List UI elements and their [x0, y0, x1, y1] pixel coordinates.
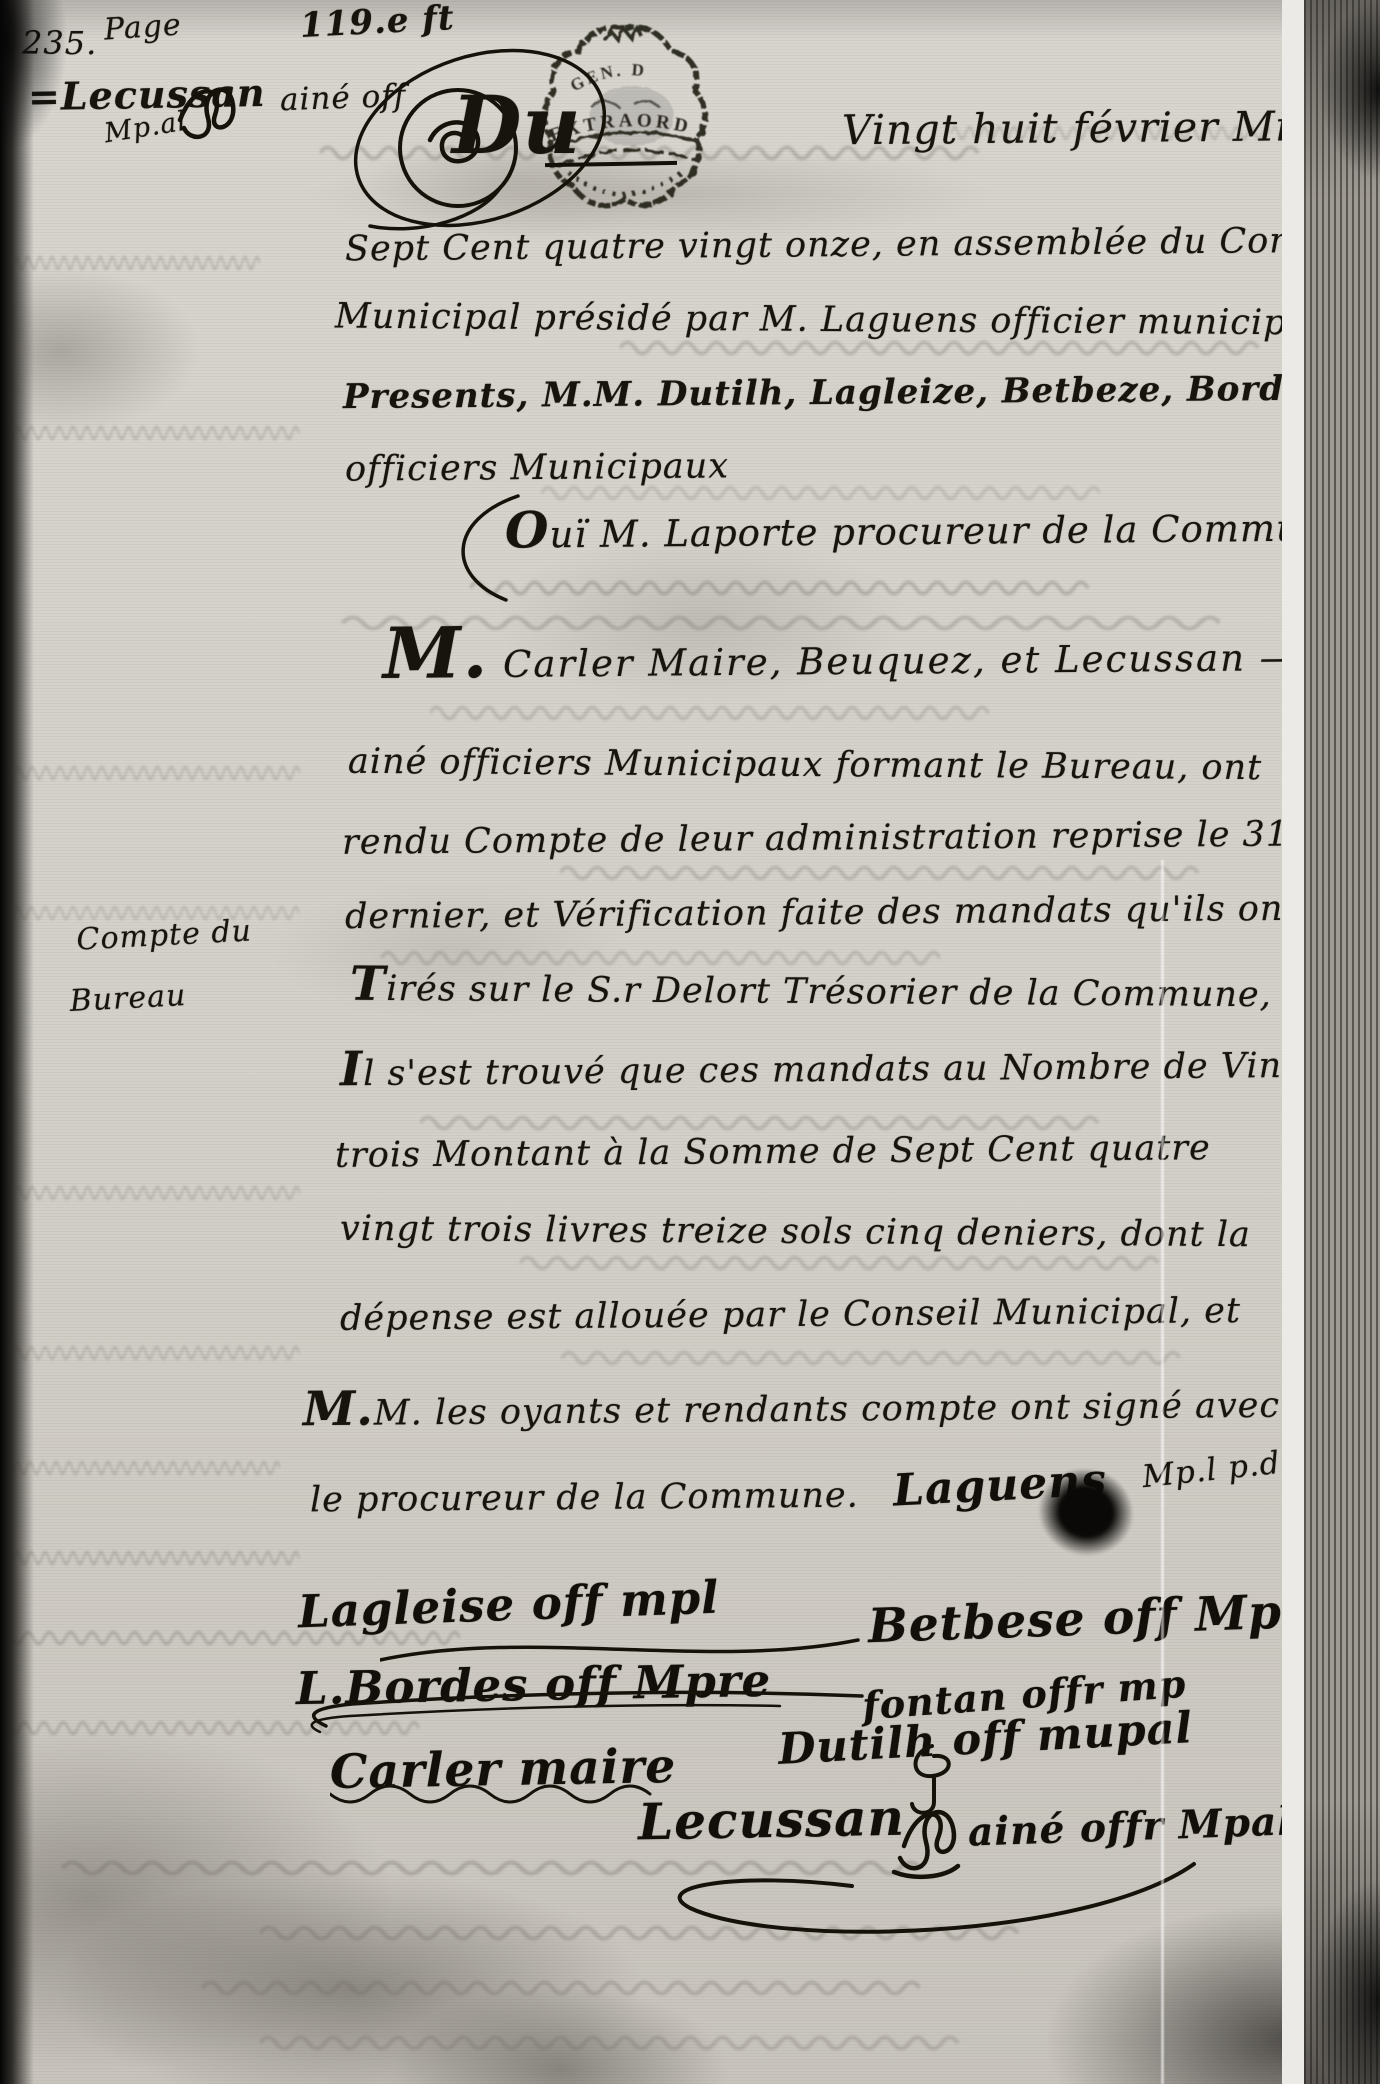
body-line: vingt trois livres treize sols cinq deni… — [340, 1209, 1251, 1255]
ghost-writing — [260, 2030, 960, 2056]
ghost-writing — [430, 700, 990, 726]
body-line: le procureur de la Commune. — [310, 1476, 859, 1521]
opening-word: Du — [452, 78, 582, 172]
scan-dark-corner — [0, 0, 90, 170]
ghost-writing — [470, 575, 1090, 601]
ghost-writing — [60, 1855, 920, 1881]
signature-lecussan: Lecussan — [638, 1788, 906, 1852]
body-line: Tirés sur le S.r Delort Trésorier de la … — [350, 969, 1272, 1015]
flourish-under-lecussan — [656, 1846, 1206, 1950]
ghost-writing — [380, 945, 940, 971]
body-line: M. Carler Maire, Beuquez, et Lecussan — — [383, 636, 1299, 687]
body-line: dernier, et Vérification faite des manda… — [345, 889, 1299, 937]
margin-note-line2: Bureau — [69, 974, 256, 1019]
page-right-gap — [1282, 0, 1304, 2084]
body-line: Il s'est trouvé que ces mandats au Nombr… — [340, 1046, 1321, 1095]
ghost-writing — [0, 760, 300, 786]
signature-lagleise: Lagleise off mpl — [297, 1571, 720, 1639]
body-line: ainé officiers Municipaux formant le Bur… — [348, 742, 1262, 788]
margin-note: Compte du Bureau — [76, 913, 256, 1018]
header-marginal-signature-suffix: ainé off — [279, 78, 406, 118]
body-line: M.M. les oyants et rendants compte ont s… — [303, 1386, 1280, 1435]
ghost-writing — [0, 1455, 280, 1481]
body-line: Municipal présidé par M. Laguens officie… — [335, 297, 1321, 344]
body-line: trois Montant à la Somme de Sept Cent qu… — [335, 1128, 1211, 1176]
signature-dutilh: Dutilh off mupal — [777, 1703, 1194, 1775]
margin-note-line1: Compte du — [76, 913, 253, 957]
ghost-writing — [0, 1715, 420, 1741]
scan-scratch — [1161, 860, 1164, 2084]
manuscript-page: GEN. D EXTRAORD 235. Page 119.e ft =Lecu… — [0, 0, 1380, 2084]
body-line: Ouï M. Laporte procureur de la Commune — [505, 506, 1349, 556]
ghost-writing — [0, 420, 300, 446]
signature-bordes: L.Bordes off Mpre — [296, 1654, 772, 1715]
body-line: officiers Municipaux — [345, 446, 729, 489]
signature-lecussan-suffix: ainé offr Mpal — [967, 1798, 1293, 1855]
signature-betbese: Betbese off Mp — [867, 1585, 1283, 1654]
page-number: 119.e ft — [299, 0, 455, 46]
ghost-writing — [0, 1545, 300, 1571]
ghost-writing — [260, 1920, 1020, 1946]
ghost-writing — [200, 1975, 920, 2001]
ghost-writing — [0, 1180, 300, 1206]
ghost-writing — [560, 860, 1200, 886]
ghost-writing — [560, 1345, 1180, 1371]
body-line: dépense est allouée par le Conseil Munic… — [340, 1291, 1241, 1339]
ghost-writing — [0, 1340, 300, 1366]
page-label: Page — [103, 7, 183, 47]
body-line: Presents, M.M. Dutilh, Lagleize, Betbeze… — [343, 367, 1380, 417]
book-page-edges — [1304, 0, 1380, 2084]
signature-carler: Carler maire — [330, 1739, 677, 1800]
body-line: Sept Cent quatre vingt onze, en assemblé… — [345, 221, 1358, 270]
body-line: rendu Compte de leur administration repr… — [342, 813, 1380, 863]
book-gutter-shadow — [0, 0, 34, 2084]
ghost-writing — [520, 1250, 1160, 1276]
ghost-writing — [0, 250, 260, 276]
